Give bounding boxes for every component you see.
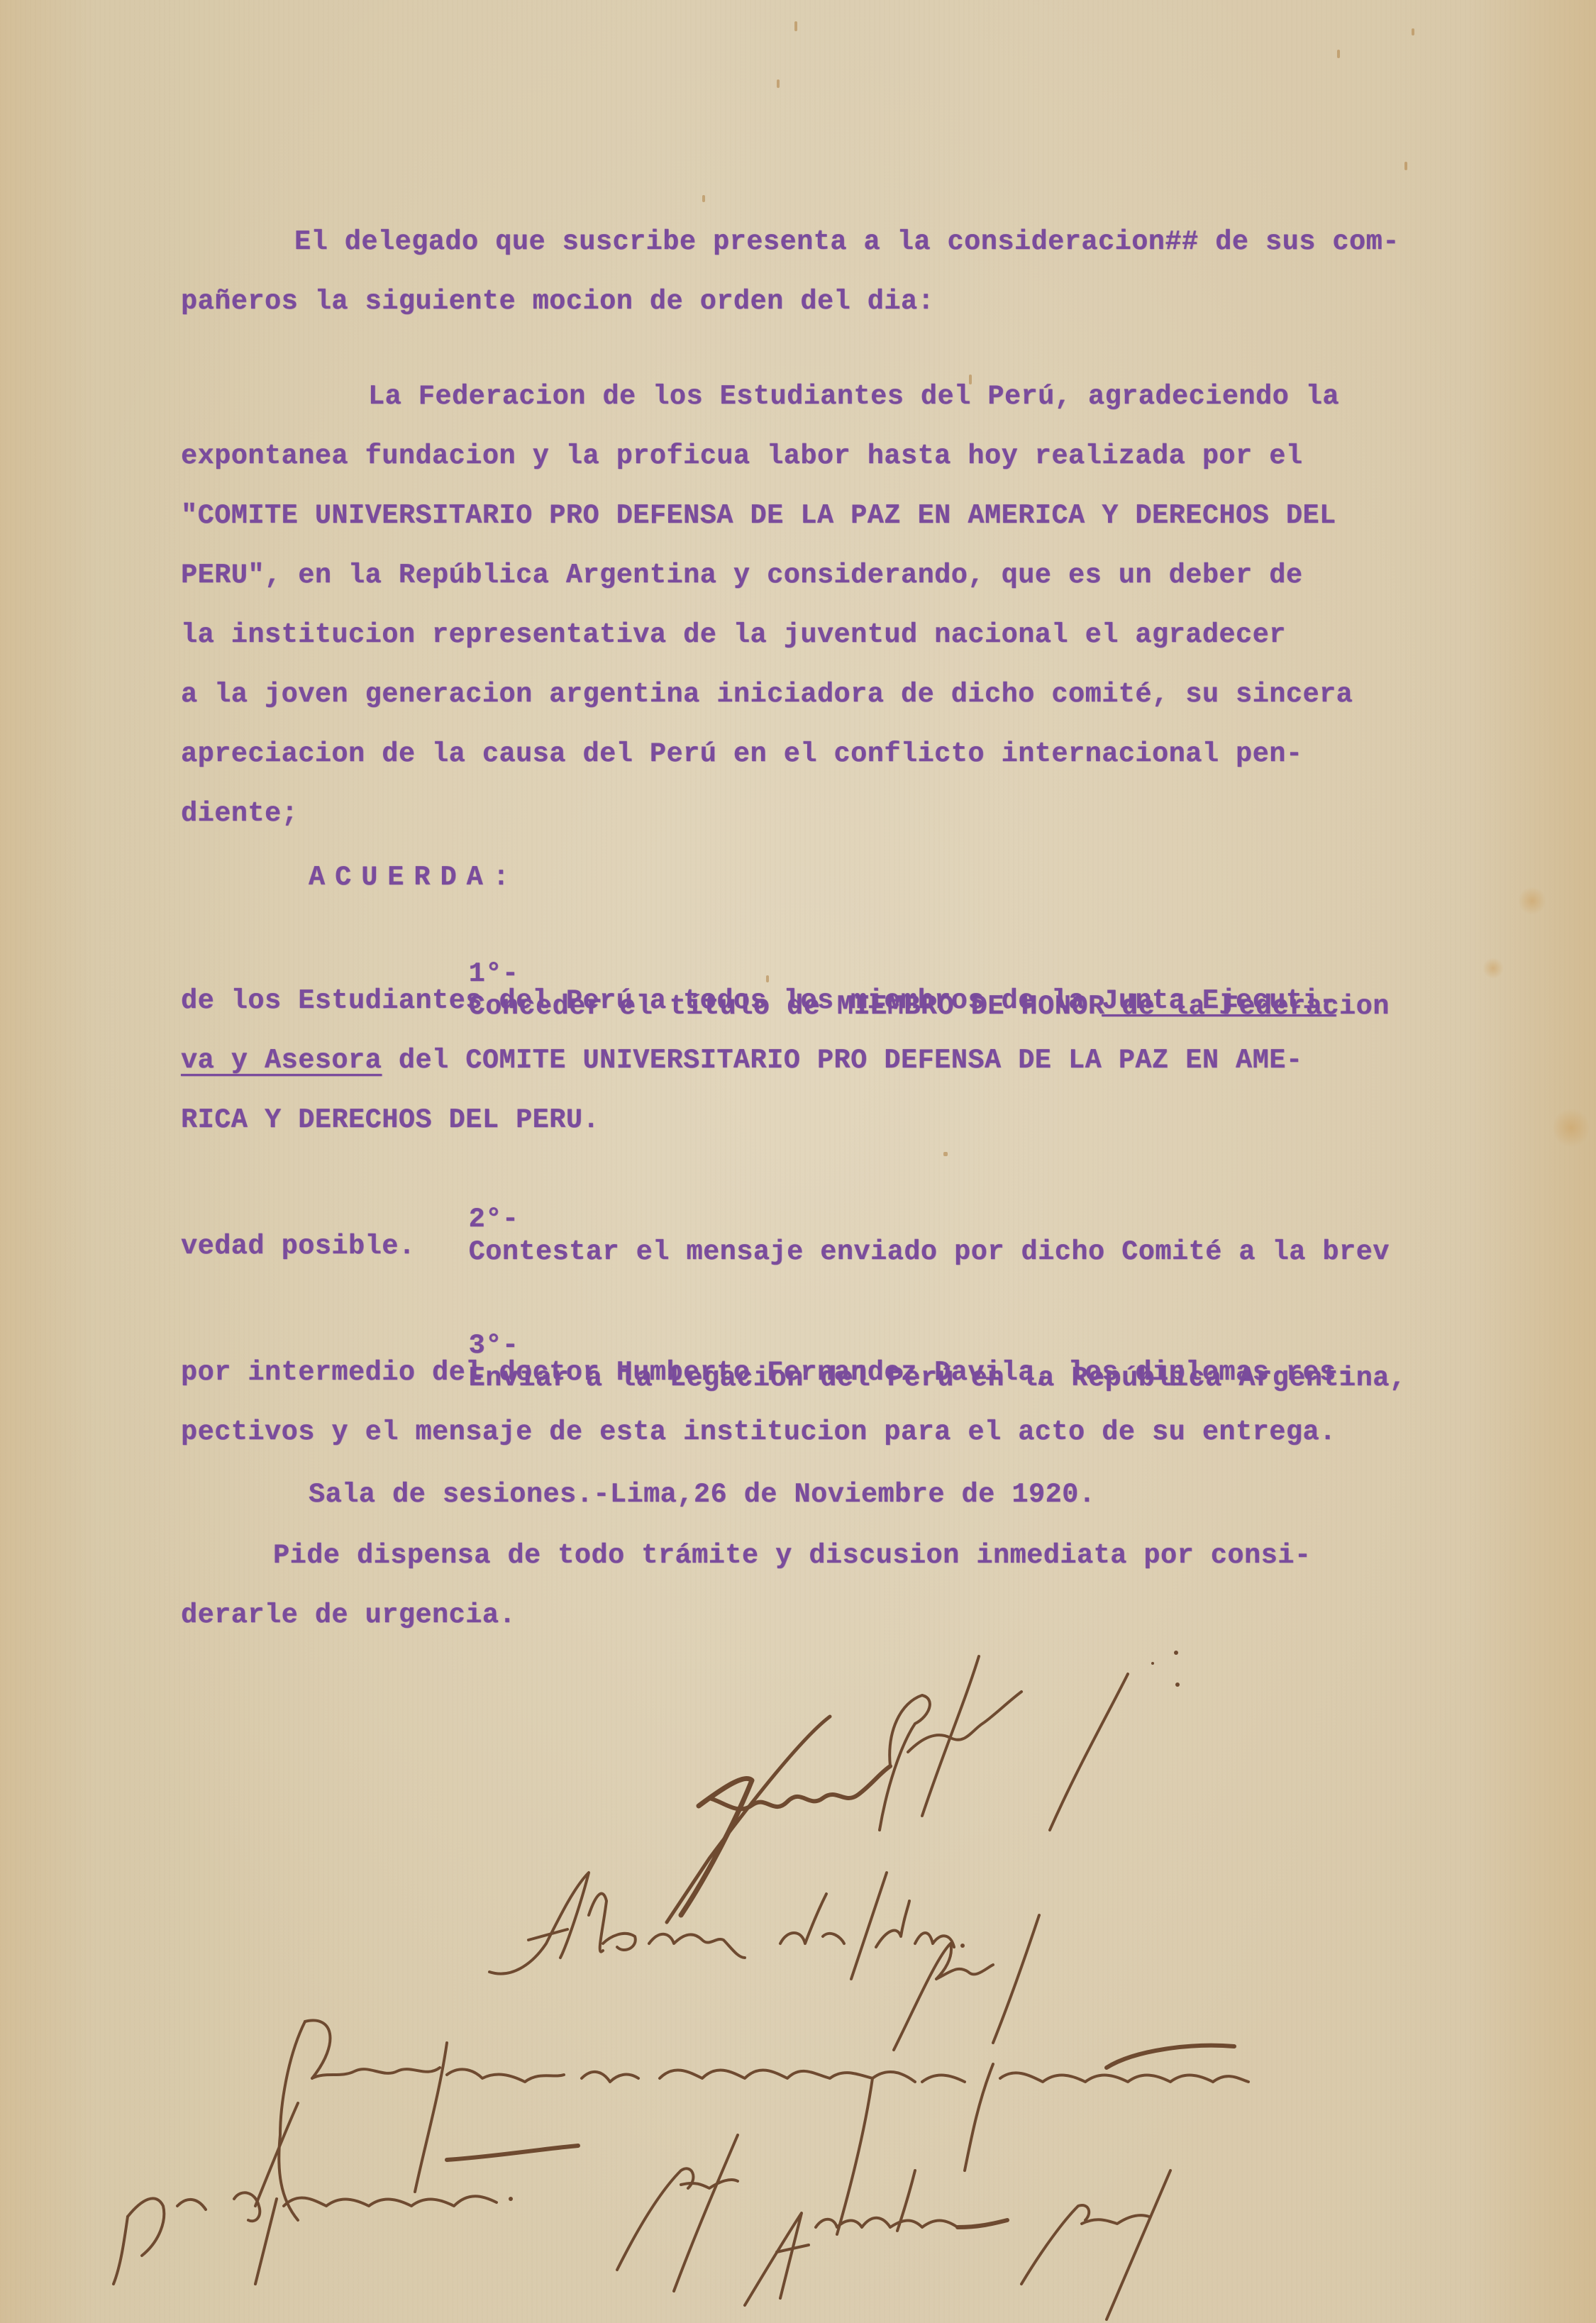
considering-line-5: la institucion representativa de la juve… [181, 619, 1286, 651]
signature-germán-rosay [667, 1656, 1128, 1922]
resolution-2-text: Contestar el mensaje enviado por dicho C… [469, 1236, 1390, 1268]
acuerda-heading: ACUERDA: [309, 861, 519, 894]
place-date: Sala de sesiones.-Lima,26 de Noviembre d… [309, 1478, 1095, 1511]
ink-dot [1175, 1682, 1180, 1687]
handwritten-signature: Germán Rosay [695, 1724, 1010, 1773]
foxing-spot [1553, 1107, 1589, 1149]
foxing-spot [1518, 887, 1546, 915]
closing-line-2: derarle de urgencia. [181, 1599, 516, 1631]
underlined-junta-ejecutiva: Junta Ejecuti- [1102, 985, 1336, 1016]
initials-rosay-2 [617, 2135, 738, 2291]
intro-line-1: El delegado que suscribe presenta a la c… [294, 226, 1400, 258]
foxing-spot [1483, 958, 1504, 979]
resolution-1-text: del COMITE UNIVERSITARIO PRO DEFENSA DE … [382, 1045, 1302, 1076]
resolution-1-line-3: va y Asesora del COMITE UNIVERSITARIO PR… [181, 1044, 1302, 1077]
considering-line-1: La Federacion de los Estudiantes del Per… [368, 380, 1339, 413]
closing-line-1: Pide dispensa de todo trámite y discusio… [273, 1539, 1311, 1572]
paper-fleck [943, 1152, 948, 1156]
resolution-1-text: de los Estudiantes del Perú a todos los … [181, 985, 1102, 1016]
paper-fleck [777, 79, 780, 88]
intro-line-2: pañeros la siguiente mocion de orden del… [181, 285, 934, 318]
resolution-1-line-2: de los Estudiantes del Perú a todos los … [181, 985, 1336, 1017]
ink-dot [1151, 1662, 1154, 1665]
handwriting-ink [0, 0, 1596, 2323]
underlined-y-asesora: va y Asesora [181, 1045, 382, 1076]
resolution-3-line-2: por intermedio del doctor Humberto Ferna… [181, 1356, 1353, 1389]
resolution-3-line-3: pectivos y el mensaje de esta institucio… [181, 1416, 1336, 1448]
handwritten-note-order-of-day: A la orden del día. [489, 1887, 885, 1936]
resolution-3-line-1: 3°- Enviar a la Legacion del Perú en la … [368, 1297, 1406, 1329]
paper-fleck [1337, 50, 1340, 58]
paper-fleck [794, 21, 797, 31]
paper-fleck [1412, 28, 1414, 35]
handwritten-note-approved: Aprobada [908, 2213, 1117, 2263]
considering-line-3: "COMITE UNIVERSITARIO PRO DEFENSA DE LA … [181, 499, 1336, 532]
resolution-1-line-1: 1°- Conceder el título de MIEMBRO DE HON… [368, 925, 1390, 958]
resolution-2-line-1: 2°- Contestar el mensaje enviado por dic… [368, 1170, 1390, 1203]
resolution-1-line-4: RICA Y DERECHOS DEL PERU. [181, 1104, 599, 1136]
considering-line-4: PERU", en la República Argentina y consi… [181, 559, 1302, 592]
paper-fleck [702, 195, 705, 202]
ink-dot [1174, 1651, 1178, 1655]
resolution-2-number: 2°- [469, 1204, 519, 1235]
initials-rosay-1 [894, 1915, 1039, 2050]
handwritten-note-president: por el presidente. [121, 2185, 504, 2234]
considering-line-7: apreciacion de la causa del Perú en el c… [181, 738, 1302, 770]
handwritten-note-withdrawn: Retirada por su autor para ... presentar… [255, 2071, 1149, 2121]
resolution-2-line-2: vedad posible. [181, 1230, 415, 1263]
considering-line-2: expontanea fundacion y la proficua labor… [181, 440, 1302, 472]
paper-fleck [1404, 162, 1407, 170]
paper-fleck [766, 975, 769, 982]
considering-line-8: diente; [181, 797, 298, 830]
considering-line-6: a la joven generacion argentina iniciado… [181, 678, 1353, 711]
document-page: El delegado que suscribe presenta a la c… [0, 0, 1596, 2323]
